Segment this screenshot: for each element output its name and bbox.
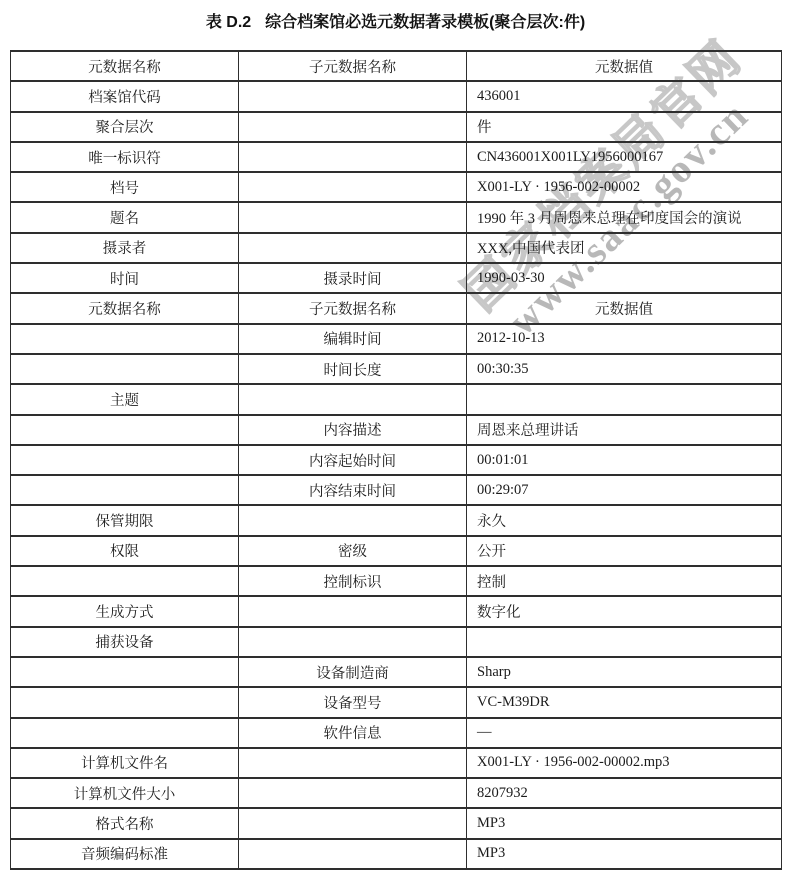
cell-sub-name: 内容描述: [239, 415, 467, 445]
cell-name: [11, 475, 239, 505]
cell-value: 公开: [467, 536, 782, 566]
cell-value: 00:30:35: [467, 354, 782, 384]
table-row: 题名1990 年 3 月周恩来总理在印度国会的演说: [11, 202, 782, 232]
cell-name: 捕获设备: [11, 627, 239, 657]
table-header-row: 元数据名称子元数据名称元数据值: [11, 293, 782, 323]
cell-name: 主题: [11, 384, 239, 414]
cell-value: CN436001X001LY1956000167: [467, 142, 782, 172]
cell-name: 计算机文件大小: [11, 778, 239, 808]
cell-sub-name: [239, 202, 467, 232]
cell-sub-name: [239, 142, 467, 172]
table-row: 内容结束时间00:29:07: [11, 475, 782, 505]
table-row: 档案馆代码436001: [11, 81, 782, 111]
cell-value: MP3: [467, 808, 782, 838]
header-cell-name: 元数据名称: [11, 51, 239, 81]
cell-sub-name: [239, 808, 467, 838]
cell-name: 保管期限: [11, 505, 239, 535]
cell-sub-name: [239, 112, 467, 142]
page-title: 表 D.2综合档案馆必选元数据著录模板(聚合层次:件): [0, 9, 791, 32]
cell-value: 8207932: [467, 778, 782, 808]
table-row: 保管期限永久: [11, 505, 782, 535]
cell-value: MP3: [467, 839, 782, 869]
cell-value: 1990 年 3 月周恩来总理在印度国会的演说: [467, 202, 782, 232]
cell-name: 摄录者: [11, 233, 239, 263]
cell-name: [11, 445, 239, 475]
cell-value: 2012-10-13: [467, 324, 782, 354]
table-row: 聚合层次件: [11, 112, 782, 142]
cell-name: 档号: [11, 172, 239, 202]
cell-value: 1990-03-30: [467, 263, 782, 293]
header-cell-name: 元数据名称: [11, 293, 239, 323]
table-row: 捕获设备: [11, 627, 782, 657]
table-row: 时间长度00:30:35: [11, 354, 782, 384]
header-cell-sub-name: 子元数据名称: [239, 51, 467, 81]
cell-value: 00:01:01: [467, 445, 782, 475]
cell-value: 00:29:07: [467, 475, 782, 505]
cell-name: [11, 324, 239, 354]
cell-sub-name: 时间长度: [239, 354, 467, 384]
cell-name: 音频编码标准: [11, 839, 239, 869]
table-row: 设备型号VC-M39DR: [11, 687, 782, 717]
cell-value: 件: [467, 112, 782, 142]
cell-value: Sharp: [467, 657, 782, 687]
table-row: 主题: [11, 384, 782, 414]
header-cell-value: 元数据值: [467, 51, 782, 81]
cell-name: 生成方式: [11, 596, 239, 626]
table-row: 生成方式数字化: [11, 596, 782, 626]
cell-value: VC-M39DR: [467, 687, 782, 717]
table-row: 计算机文件大小8207932: [11, 778, 782, 808]
cell-value: —: [467, 718, 782, 748]
cell-sub-name: [239, 384, 467, 414]
cell-value: X001-LY · 1956-002-00002: [467, 172, 782, 202]
table-row: 档号X001-LY · 1956-002-00002: [11, 172, 782, 202]
table-row: 内容描述周恩来总理讲话: [11, 415, 782, 445]
table-row: 格式名称MP3: [11, 808, 782, 838]
cell-sub-name: 摄录时间: [239, 263, 467, 293]
cell-name: [11, 657, 239, 687]
table-row: 设备制造商Sharp: [11, 657, 782, 687]
cell-sub-name: [239, 81, 467, 111]
cell-name: [11, 415, 239, 445]
cell-sub-name: [239, 748, 467, 778]
cell-name: 时间: [11, 263, 239, 293]
cell-sub-name: 内容起始时间: [239, 445, 467, 475]
cell-value: 436001: [467, 81, 782, 111]
table-header-row: 元数据名称子元数据名称元数据值: [11, 51, 782, 81]
cell-name: [11, 354, 239, 384]
table-row: 时间摄录时间1990-03-30: [11, 263, 782, 293]
cell-name: 题名: [11, 202, 239, 232]
cell-sub-name: [239, 778, 467, 808]
document-page: 表 D.2综合档案馆必选元数据著录模板(聚合层次:件) 国家档案局官网 www.…: [0, 0, 791, 880]
cell-sub-name: 设备制造商: [239, 657, 467, 687]
cell-value: 数字化: [467, 596, 782, 626]
cell-value: X001-LY · 1956-002-00002.mp3: [467, 748, 782, 778]
cell-sub-name: [239, 627, 467, 657]
header-cell-sub-name: 子元数据名称: [239, 293, 467, 323]
table-title-text: 综合档案馆必选元数据著录模板(聚合层次:件): [265, 14, 585, 31]
cell-value: [467, 384, 782, 414]
table-row: 摄录者XXX,中国代表团: [11, 233, 782, 263]
cell-name: [11, 566, 239, 596]
cell-sub-name: 控制标识: [239, 566, 467, 596]
cell-name: 唯一标识符: [11, 142, 239, 172]
table-number: 表 D.2: [206, 14, 251, 31]
table-row: 控制标识控制: [11, 566, 782, 596]
cell-name: [11, 718, 239, 748]
cell-sub-name: 密级: [239, 536, 467, 566]
metadata-table-body: 元数据名称子元数据名称元数据值档案馆代码436001聚合层次件唯一标识符CN43…: [11, 51, 782, 869]
cell-value: 控制: [467, 566, 782, 596]
table-row: 唯一标识符CN436001X001LY1956000167: [11, 142, 782, 172]
cell-name: 聚合层次: [11, 112, 239, 142]
cell-sub-name: [239, 505, 467, 535]
table-row: 编辑时间2012-10-13: [11, 324, 782, 354]
cell-name: 计算机文件名: [11, 748, 239, 778]
cell-sub-name: 内容结束时间: [239, 475, 467, 505]
cell-sub-name: [239, 839, 467, 869]
table-row: 音频编码标准MP3: [11, 839, 782, 869]
cell-sub-name: [239, 233, 467, 263]
cell-name: 格式名称: [11, 808, 239, 838]
cell-value: 周恩来总理讲话: [467, 415, 782, 445]
cell-value: 永久: [467, 505, 782, 535]
metadata-table: 元数据名称子元数据名称元数据值档案馆代码436001聚合层次件唯一标识符CN43…: [10, 50, 782, 870]
header-cell-value: 元数据值: [467, 293, 782, 323]
cell-value: [467, 627, 782, 657]
cell-sub-name: 软件信息: [239, 718, 467, 748]
cell-sub-name: [239, 596, 467, 626]
table-row: 内容起始时间00:01:01: [11, 445, 782, 475]
cell-name: [11, 687, 239, 717]
cell-value: XXX,中国代表团: [467, 233, 782, 263]
cell-sub-name: 编辑时间: [239, 324, 467, 354]
cell-name: 权限: [11, 536, 239, 566]
table-row: 计算机文件名X001-LY · 1956-002-00002.mp3: [11, 748, 782, 778]
table-row: 权限密级公开: [11, 536, 782, 566]
cell-name: 档案馆代码: [11, 81, 239, 111]
table-row: 软件信息—: [11, 718, 782, 748]
cell-sub-name: 设备型号: [239, 687, 467, 717]
cell-sub-name: [239, 172, 467, 202]
